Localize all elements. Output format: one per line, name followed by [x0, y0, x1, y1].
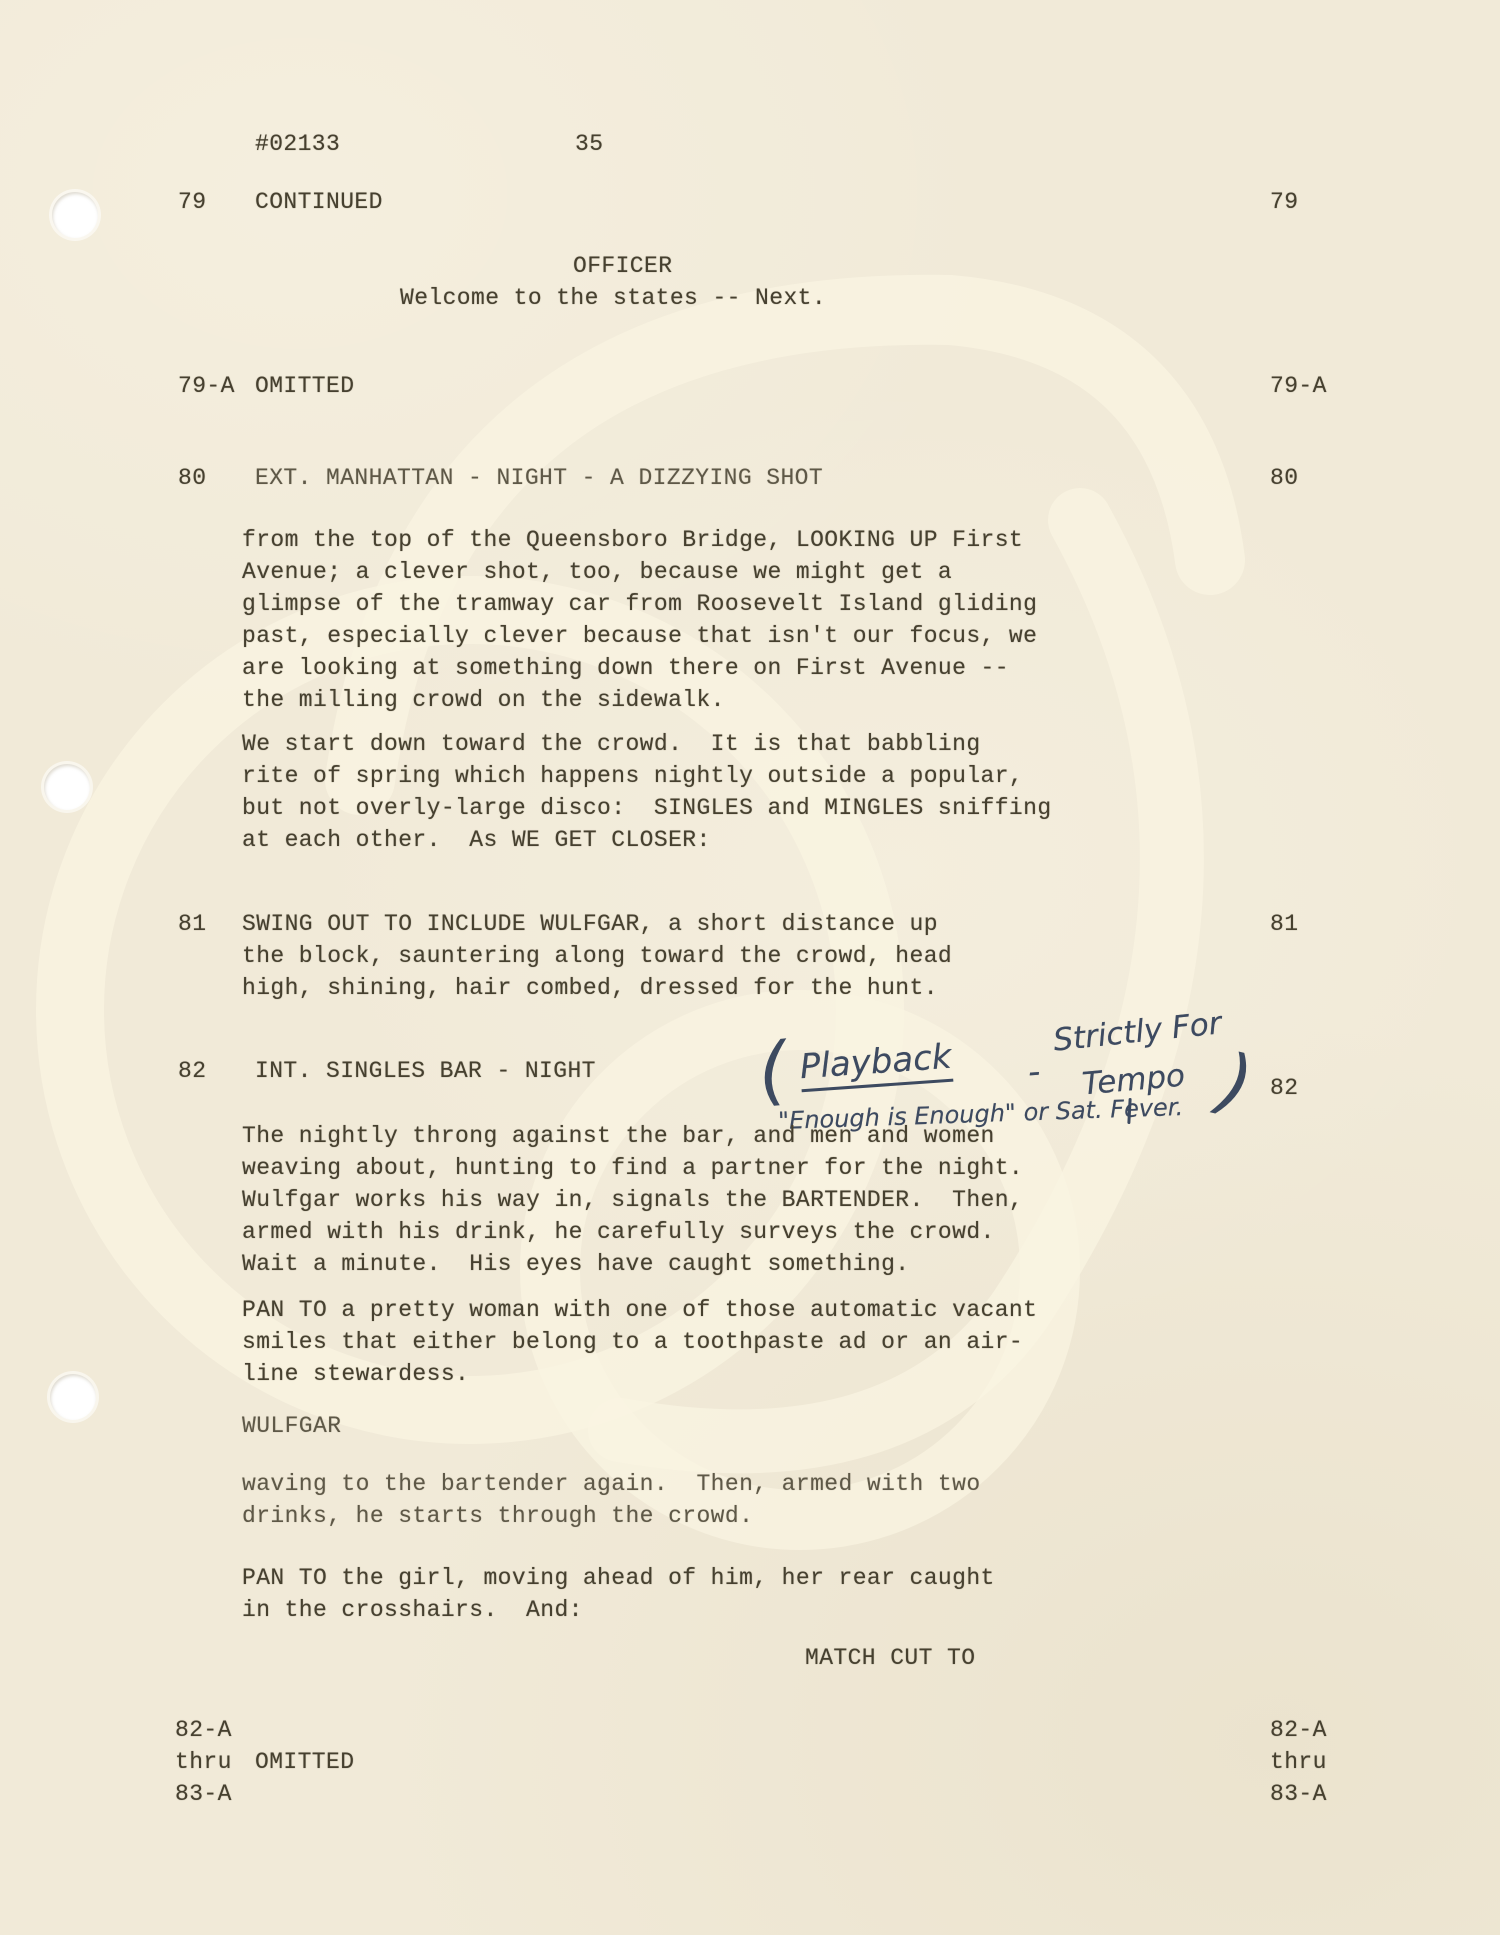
scene-80-heading: EXT. MANHATTAN - NIGHT - A DIZZYING SHOT [255, 462, 823, 494]
annotation-playback: Playback [799, 1037, 953, 1092]
scene-79-number-left: 79 [178, 186, 206, 218]
annotation-paren-open-icon: ( [754, 1027, 792, 1116]
officer-dialogue: Welcome to the states -- Next. [400, 282, 826, 314]
annotation-paren-close-icon: ) [1212, 1038, 1261, 1128]
scene-82-action-1: The nightly throng against the bar, and … [242, 1120, 1023, 1280]
punch-hole [52, 192, 98, 238]
page-number: 35 [575, 128, 603, 160]
scene-79a-number-left: 79-A [178, 370, 235, 402]
production-number: #02133 [255, 128, 340, 160]
annotation-strictly-for: Strictly For [1052, 1005, 1224, 1058]
scene-82-action-4: PAN TO the girl, moving ahead of him, he… [242, 1562, 995, 1626]
scene-80-number-right: 80 [1270, 462, 1298, 494]
scene-79-number-right: 79 [1270, 186, 1298, 218]
scene-82a-numbers-left: 82-A thru 83-A [175, 1714, 232, 1810]
scene-80-action-1: from the top of the Queensboro Bridge, L… [242, 524, 1037, 716]
scene-81-action: SWING OUT TO INCLUDE WULFGAR, a short di… [242, 908, 952, 1004]
scene-82-number-left: 82 [178, 1055, 206, 1087]
character-officer: OFFICER [573, 250, 672, 282]
scene-82a-heading: OMITTED [255, 1746, 354, 1778]
scene-82a-numbers-right: 82-A thru 83-A [1270, 1714, 1327, 1810]
scene-82-number-right: 82 [1270, 1072, 1298, 1104]
scene-81-number-right: 81 [1270, 908, 1298, 940]
annotation-dash: - [1027, 1052, 1042, 1093]
scene-80-number-left: 80 [178, 462, 206, 494]
punch-hole [50, 1374, 96, 1420]
scene-79a-heading: OMITTED [255, 370, 354, 402]
punch-hole [44, 764, 90, 810]
script-page: #02133 35 79 CONTINUED 79 OFFICER Welcom… [0, 0, 1500, 1935]
scene-79a-number-right: 79-A [1270, 370, 1327, 402]
character-wulfgar: WULFGAR [242, 1410, 341, 1442]
scene-80-action-2: We start down toward the crowd. It is th… [242, 728, 1052, 856]
scene-82-heading: INT. SINGLES BAR - NIGHT [255, 1055, 596, 1087]
scene-79-heading: CONTINUED [255, 186, 383, 218]
transition-match-cut: MATCH CUT TO [805, 1642, 975, 1674]
scene-81-number-left: 81 [178, 908, 206, 940]
scene-82-action-3: waving to the bartender again. Then, arm… [242, 1468, 981, 1532]
scene-82-action-2: PAN TO a pretty woman with one of those … [242, 1294, 1037, 1390]
